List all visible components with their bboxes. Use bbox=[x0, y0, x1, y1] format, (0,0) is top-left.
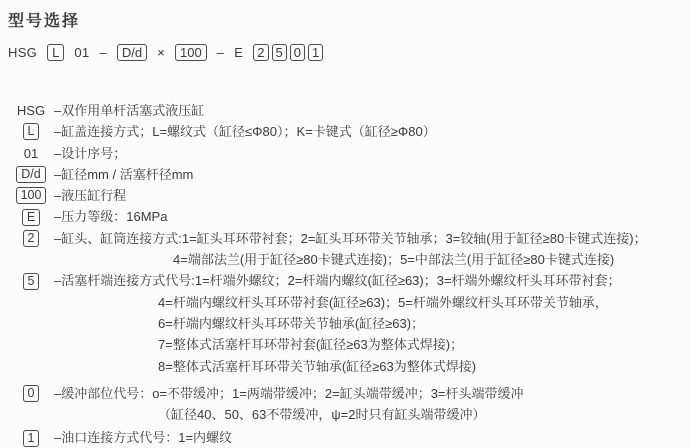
model-code-text: – bbox=[217, 45, 225, 60]
model-code-digit-box: 1 bbox=[308, 44, 323, 61]
catalog-page: 型号选择 HSGL01–D/d×100–E2501 HSG–双作用单杆活塞式液压… bbox=[0, 0, 690, 448]
legend-key: 2 bbox=[13, 228, 49, 249]
page-title: 型号选择 bbox=[8, 8, 684, 26]
model-code-text: – bbox=[99, 45, 107, 60]
legend-key: 100 bbox=[13, 185, 49, 206]
legend-key-box: E bbox=[22, 209, 40, 226]
legend-line: –压力等级：16MPa bbox=[54, 206, 167, 227]
legend-desc: –缸头、缸筒连接方式:1=缸头耳环带衬套；2=缸头耳环带关节轴承；3=铰轴(用于… bbox=[54, 228, 647, 271]
model-code-text: HSG bbox=[8, 45, 37, 60]
legend-key-box: 100 bbox=[16, 187, 47, 204]
legend-row: HSG–双作用单杆活塞式液压缸 bbox=[8, 100, 684, 121]
legend-key: 1 bbox=[13, 427, 49, 448]
legend-key-text: HSG bbox=[17, 100, 45, 121]
legend-row: L–缸盖连接方式；L=螺纹式（缸径≤Φ80）；K=卡键式（缸径≥Φ80） bbox=[8, 121, 684, 142]
legend-line: –液压缸行程 bbox=[54, 185, 126, 206]
legend-key-box: L bbox=[23, 123, 40, 140]
legend-line: –缸盖连接方式；L=螺纹式（缸径≤Φ80）；K=卡键式（缸径≥Φ80） bbox=[54, 121, 436, 142]
legend-line: 6=杆端内螺纹杆头耳环带关节轴承(缸径≥63)； bbox=[158, 313, 621, 334]
legend-line: –双作用单杆活塞式液压缸 bbox=[54, 100, 204, 121]
legend-row: 5–活塞杆端连接方式代号:1=杆端外螺纹；2=杆端内螺纹(缸径≥63)；3=杆端… bbox=[8, 270, 684, 376]
legend-line: 8=整体式活塞杆耳环带关节轴承(缸径≥63为整体式焊接) bbox=[158, 356, 621, 377]
legend-key: 01 bbox=[13, 143, 49, 164]
legend-key: E bbox=[13, 206, 49, 227]
legend-line: –缓冲部位代号：o=不带缓冲；1=两端带缓冲；2=缸头端带缓冲；3=杆头端带缓冲 bbox=[54, 383, 524, 404]
legend-key: D/d bbox=[13, 164, 49, 185]
legend-desc: –设计序号； bbox=[54, 143, 126, 164]
model-code-line: HSGL01–D/d×100–E2501 bbox=[8, 43, 684, 61]
legend-row: D/d–缸径mm / 活塞杆径mm bbox=[8, 164, 684, 185]
legend-desc: –活塞杆端连接方式代号:1=杆端外螺纹；2=杆端内螺纹(缸径≥63)；3=杆端外… bbox=[54, 270, 621, 376]
legend-key: HSG bbox=[13, 100, 49, 121]
model-code-digit-box: 5 bbox=[272, 44, 287, 61]
legend-line: –缸头、缸筒连接方式:1=缸头耳环带衬套；2=缸头耳环带关节轴承；3=铰轴(用于… bbox=[54, 228, 647, 249]
model-code-digit-box: 0 bbox=[290, 44, 305, 61]
legend-row: 1–油口连接方式代号：1=内螺纹 bbox=[8, 427, 684, 448]
legend-key: 5 bbox=[13, 270, 49, 291]
legend-desc: –缸径mm / 活塞杆径mm bbox=[54, 164, 193, 185]
legend-desc: –压力等级：16MPa bbox=[54, 206, 167, 227]
legend-key: L bbox=[13, 121, 49, 142]
legend-line: 4=杆端内螺纹杆头耳环带衬套(缸径≥63)；5=杆端外螺纹杆头耳环带关节轴承， bbox=[158, 292, 621, 313]
legend-key-text: 01 bbox=[24, 143, 38, 164]
model-code-box: 100 bbox=[175, 44, 207, 61]
model-code-box: D/d bbox=[117, 44, 147, 61]
legend-key-box: 0 bbox=[23, 385, 40, 402]
model-code-text: × bbox=[157, 45, 165, 60]
legend-row: 01–设计序号； bbox=[8, 143, 684, 164]
legend-key-box: 5 bbox=[23, 273, 40, 290]
legend-row: 0–缓冲部位代号：o=不带缓冲；1=两端带缓冲；2=缸头端带缓冲；3=杆头端带缓… bbox=[8, 383, 684, 426]
legend-line: –设计序号； bbox=[54, 143, 126, 164]
legend-line: （缸径40、50、63不带缓冲，ψ=2时只有缸头端带缓冲） bbox=[158, 404, 524, 425]
legend-line: –油口连接方式代号：1=内螺纹 bbox=[54, 427, 232, 448]
legend-line: 4=端部法兰(用于缸径≥80卡键式连接)；5=中部法兰(用于缸径≥80卡键式连接… bbox=[173, 249, 647, 270]
model-code-box: L bbox=[47, 44, 64, 61]
legend-row: E–压力等级：16MPa bbox=[8, 206, 684, 227]
model-code-text: E bbox=[234, 45, 243, 60]
legend-line: 7=整体式活塞杆耳环带衬套(缸径≥63为整体式焊接)； bbox=[158, 334, 621, 355]
legend-row: 2–缸头、缸筒连接方式:1=缸头耳环带衬套；2=缸头耳环带关节轴承；3=铰轴(用… bbox=[8, 228, 684, 271]
legend-key: 0 bbox=[13, 383, 49, 404]
legend-desc: –油口连接方式代号：1=内螺纹 bbox=[54, 427, 232, 448]
legend-key-box: 1 bbox=[23, 430, 40, 447]
legend-row: 100–液压缸行程 bbox=[8, 185, 684, 206]
legend-desc: –液压缸行程 bbox=[54, 185, 126, 206]
legend-key-box: 2 bbox=[23, 230, 40, 247]
legend-line: –缸径mm / 活塞杆径mm bbox=[54, 164, 193, 185]
model-code-text: 01 bbox=[74, 45, 89, 60]
model-code-legend: HSG–双作用单杆活塞式液压缸L–缸盖连接方式；L=螺纹式（缸径≤Φ80）；K=… bbox=[8, 100, 684, 448]
legend-desc: –缸盖连接方式；L=螺纹式（缸径≤Φ80）；K=卡键式（缸径≥Φ80） bbox=[54, 121, 436, 142]
legend-key-box: D/d bbox=[16, 166, 45, 183]
legend-desc: –双作用单杆活塞式液压缸 bbox=[54, 100, 204, 121]
model-code-digit-box: 2 bbox=[253, 44, 268, 61]
legend-line: –活塞杆端连接方式代号:1=杆端外螺纹；2=杆端内螺纹(缸径≥63)；3=杆端外… bbox=[54, 270, 621, 291]
legend-desc: –缓冲部位代号：o=不带缓冲；1=两端带缓冲；2=缸头端带缓冲；3=杆头端带缓冲… bbox=[54, 383, 524, 426]
